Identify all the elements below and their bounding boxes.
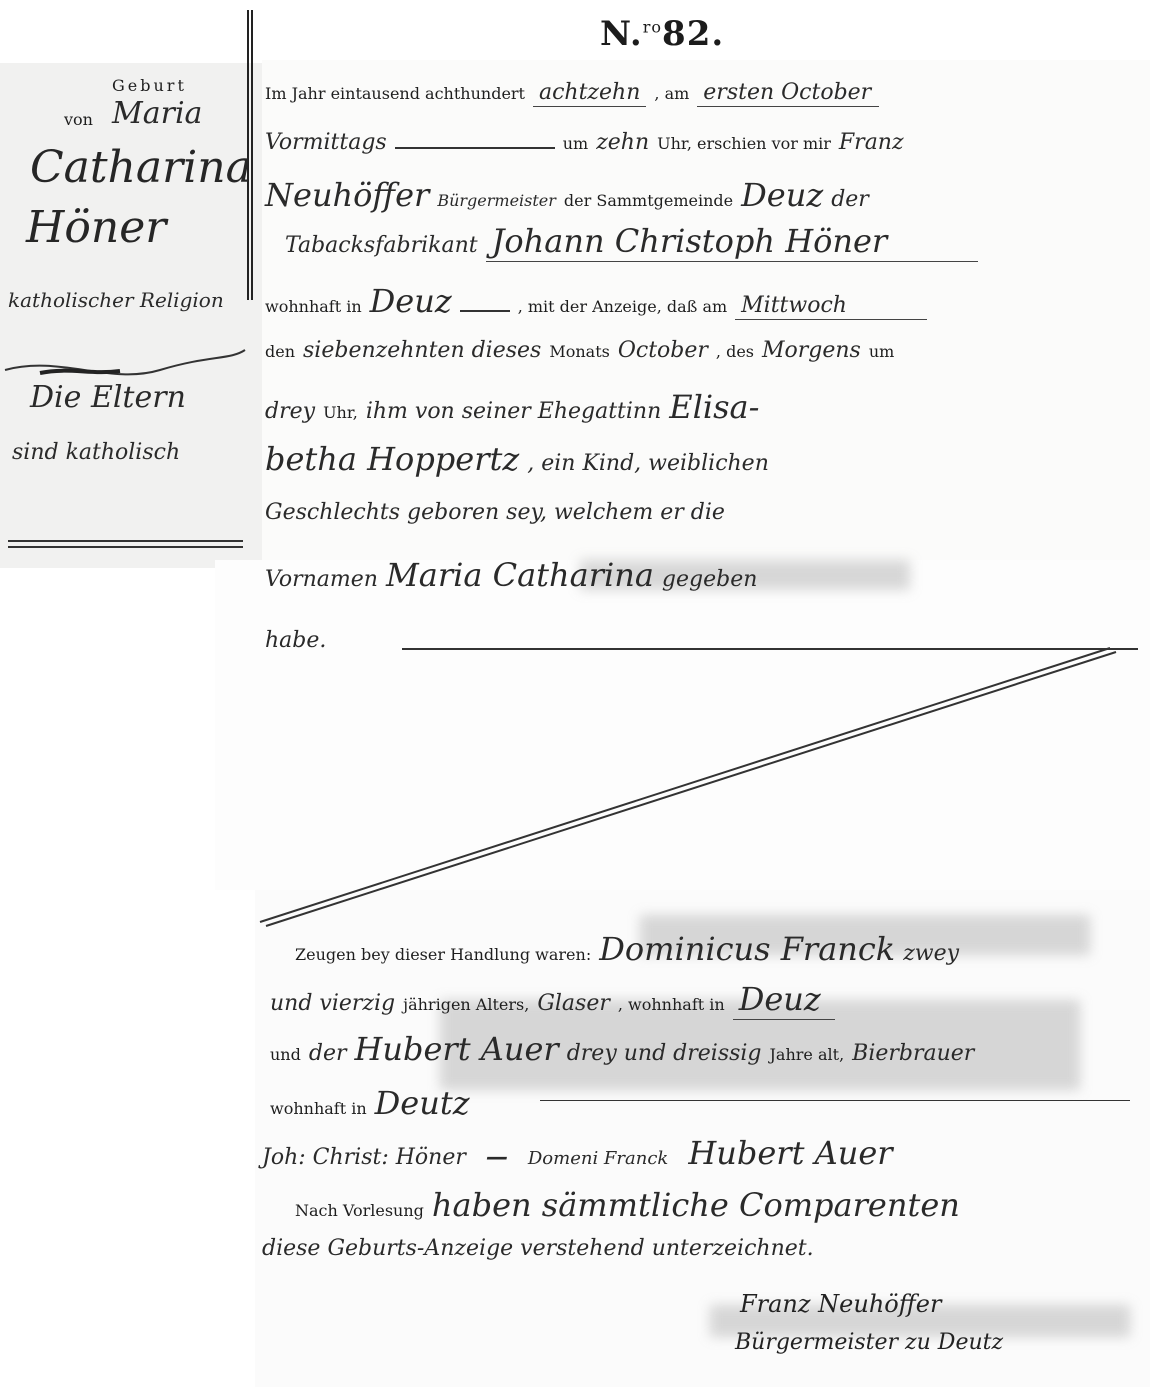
residence: Deuz	[370, 282, 452, 320]
witness2-residence: Deutz	[375, 1084, 470, 1122]
margin-paper-region	[0, 63, 270, 568]
official-title: Bürgermeister	[437, 191, 556, 210]
printed-text: Im Jahr eintausend achthundert	[265, 84, 525, 103]
margin-end-rule	[8, 540, 243, 548]
printed-text: um	[869, 342, 894, 361]
printed-text: Uhr, erschien vor mir	[657, 134, 831, 153]
witness2-article: der	[309, 1041, 347, 1066]
hour-field: zehn	[596, 130, 649, 155]
official-signature-title: Bürgermeister zu Deutz	[735, 1330, 1003, 1355]
printed-text: , wohnhaft in	[618, 995, 725, 1014]
official-surname: Neuhöffer	[265, 176, 429, 214]
body-line-4: Tabacksfabrikant Johann Christoph Höner	[285, 222, 978, 262]
year-field: achtzehn	[533, 80, 646, 107]
printed-text: Monats	[549, 342, 610, 361]
birth-daypart: Morgens	[762, 338, 861, 363]
closing-phrase: haben sämmtliche Comparenten	[432, 1186, 960, 1224]
body-line-3: Neuhöffer Bürgermeister der Sammtgemeind…	[265, 176, 869, 214]
printed-text: Uhr,	[323, 403, 358, 422]
closing-phrase-2: diese Geburts-Anzeige verstehend unterze…	[262, 1236, 814, 1261]
witness1-residence: Deuz	[733, 980, 835, 1020]
printed-text: Zeugen bey dieser Handlung waren:	[295, 945, 591, 964]
body-line-2: Vormittags um zehn Uhr, erschien vor mir…	[265, 130, 904, 155]
signature-witness2: Hubert Auer	[688, 1134, 892, 1172]
margin-child-second-name: Catharina	[30, 142, 252, 193]
printed-text: den	[265, 342, 295, 361]
birth-phrase: Geschlechts geboren sey, welchem er die	[265, 500, 725, 525]
margin-parents-line1: Die Eltern	[30, 380, 186, 415]
given-verb: gegeben	[662, 567, 757, 592]
witness2-age: drey und dreissig	[567, 1041, 762, 1066]
printed-text: der Sammtgemeinde	[564, 191, 733, 210]
printed-text: jährigen Alters,	[403, 995, 529, 1014]
child-forenames: Maria Catharina	[386, 556, 654, 594]
record-number-sup: ro	[643, 18, 662, 37]
printed-text: um	[563, 134, 588, 153]
mother-first-name: Elisa-	[669, 388, 759, 426]
printed-text: , am	[654, 84, 689, 103]
birth-day: siebenzehnten dieses	[303, 338, 541, 363]
witness2-occupation: Bierbrauer	[852, 1041, 974, 1066]
witness1-age: zwey	[903, 941, 959, 966]
father-name: Johann Christoph Höner	[486, 222, 978, 262]
municipality-name: Deuz	[741, 176, 823, 214]
printed-text: und	[270, 1045, 301, 1064]
record-number-prefix: N.	[600, 14, 643, 54]
witness2-name: Hubert Auer	[354, 1030, 558, 1068]
printed-text: Nach Vorlesung	[295, 1201, 424, 1220]
witness-line-2: und vierzig jährigen Alters, Glaser , wo…	[270, 980, 835, 1020]
body-line-7: drey Uhr, ihm von seiner Ehegattinn Elis…	[265, 388, 759, 426]
mother-name-rest: betha Hoppertz	[265, 440, 519, 478]
printed-text: , des	[716, 342, 754, 361]
margin-child-first-name: Maria	[112, 96, 202, 131]
official-first-name: Franz	[839, 130, 904, 155]
record-number-value: 82.	[662, 14, 724, 54]
official-signature-name: Franz Neuhöffer	[740, 1290, 941, 1318]
weekday: Mittwoch	[735, 293, 927, 320]
fill-rule	[460, 310, 510, 312]
birth-record-document: N.ro82. Geburt von Maria Catharina Höner…	[0, 0, 1150, 1387]
witness-line-4: wohnhaft in Deutz	[270, 1084, 470, 1122]
article: der	[831, 187, 869, 212]
margin-child-surname: Höner	[26, 202, 166, 253]
printed-text: wohnhaft in	[270, 1099, 367, 1118]
time-of-day-field: Vormittags	[265, 130, 387, 155]
birth-month: October	[618, 338, 708, 363]
margin-parents-line2: sind katholisch	[12, 440, 180, 465]
birth-hour: drey	[265, 399, 315, 424]
signature-dash: —	[486, 1144, 508, 1170]
body-line-5: wohnhaft in Deuz , mit der Anzeige, daß …	[265, 282, 927, 320]
witness-line-3: und der Hubert Auer drey und dreissig Ja…	[270, 1030, 974, 1068]
margin-label-of: von	[64, 110, 93, 129]
body-line-8: betha Hoppertz , ein Kind, weiblichen	[265, 440, 769, 478]
body-line-10: Vornamen Maria Catharina gegeben	[265, 556, 757, 594]
fill-rule	[395, 147, 555, 149]
margin-label-birth: Geburt	[112, 76, 187, 95]
child-sex-phrase: , ein Kind, weiblichen	[527, 451, 769, 476]
diagonal-cancel-rule	[250, 640, 1130, 930]
father-occupation: Tabacksfabrikant	[285, 233, 478, 258]
forenames-label: Vornamen	[265, 567, 378, 592]
record-number: N.ro82.	[600, 14, 724, 54]
witness-line-1: Zeugen bey dieser Handlung waren: Domini…	[295, 930, 959, 968]
witness1-name: Dominicus Franck	[599, 930, 895, 968]
signature-line: Joh: Christ: Höner — Domeni Franck Huber…	[262, 1134, 893, 1172]
body-line-9: Geschlechts geboren sey, welchem er die	[265, 500, 725, 525]
printed-text: wohnhaft in	[265, 297, 362, 316]
signature-father: Joh: Christ: Höner	[262, 1145, 466, 1170]
printed-text: , mit der Anzeige, daß am	[518, 297, 727, 316]
margin-religion: katholischer Religion	[8, 288, 224, 312]
witness1-age-cont: und vierzig	[270, 991, 395, 1016]
closing-line-1: Nach Vorlesung haben sämmtliche Comparen…	[295, 1186, 960, 1224]
signature-witness1: Domeni Franck	[528, 1148, 668, 1169]
witness-end-rule	[540, 1100, 1130, 1101]
printed-text: Jahre alt,	[770, 1045, 845, 1064]
closing-line-2: diese Geburts-Anzeige verstehend unterze…	[262, 1236, 814, 1261]
witness1-occupation: Glaser	[537, 991, 610, 1016]
mother-phrase: ihm von seiner Ehegattinn	[366, 399, 661, 424]
body-line-6: den siebenzehnten dieses Monats October …	[265, 338, 894, 363]
body-line-1: Im Jahr eintausend achthundert achtzehn …	[265, 80, 879, 107]
date-field: ersten October	[697, 80, 879, 107]
